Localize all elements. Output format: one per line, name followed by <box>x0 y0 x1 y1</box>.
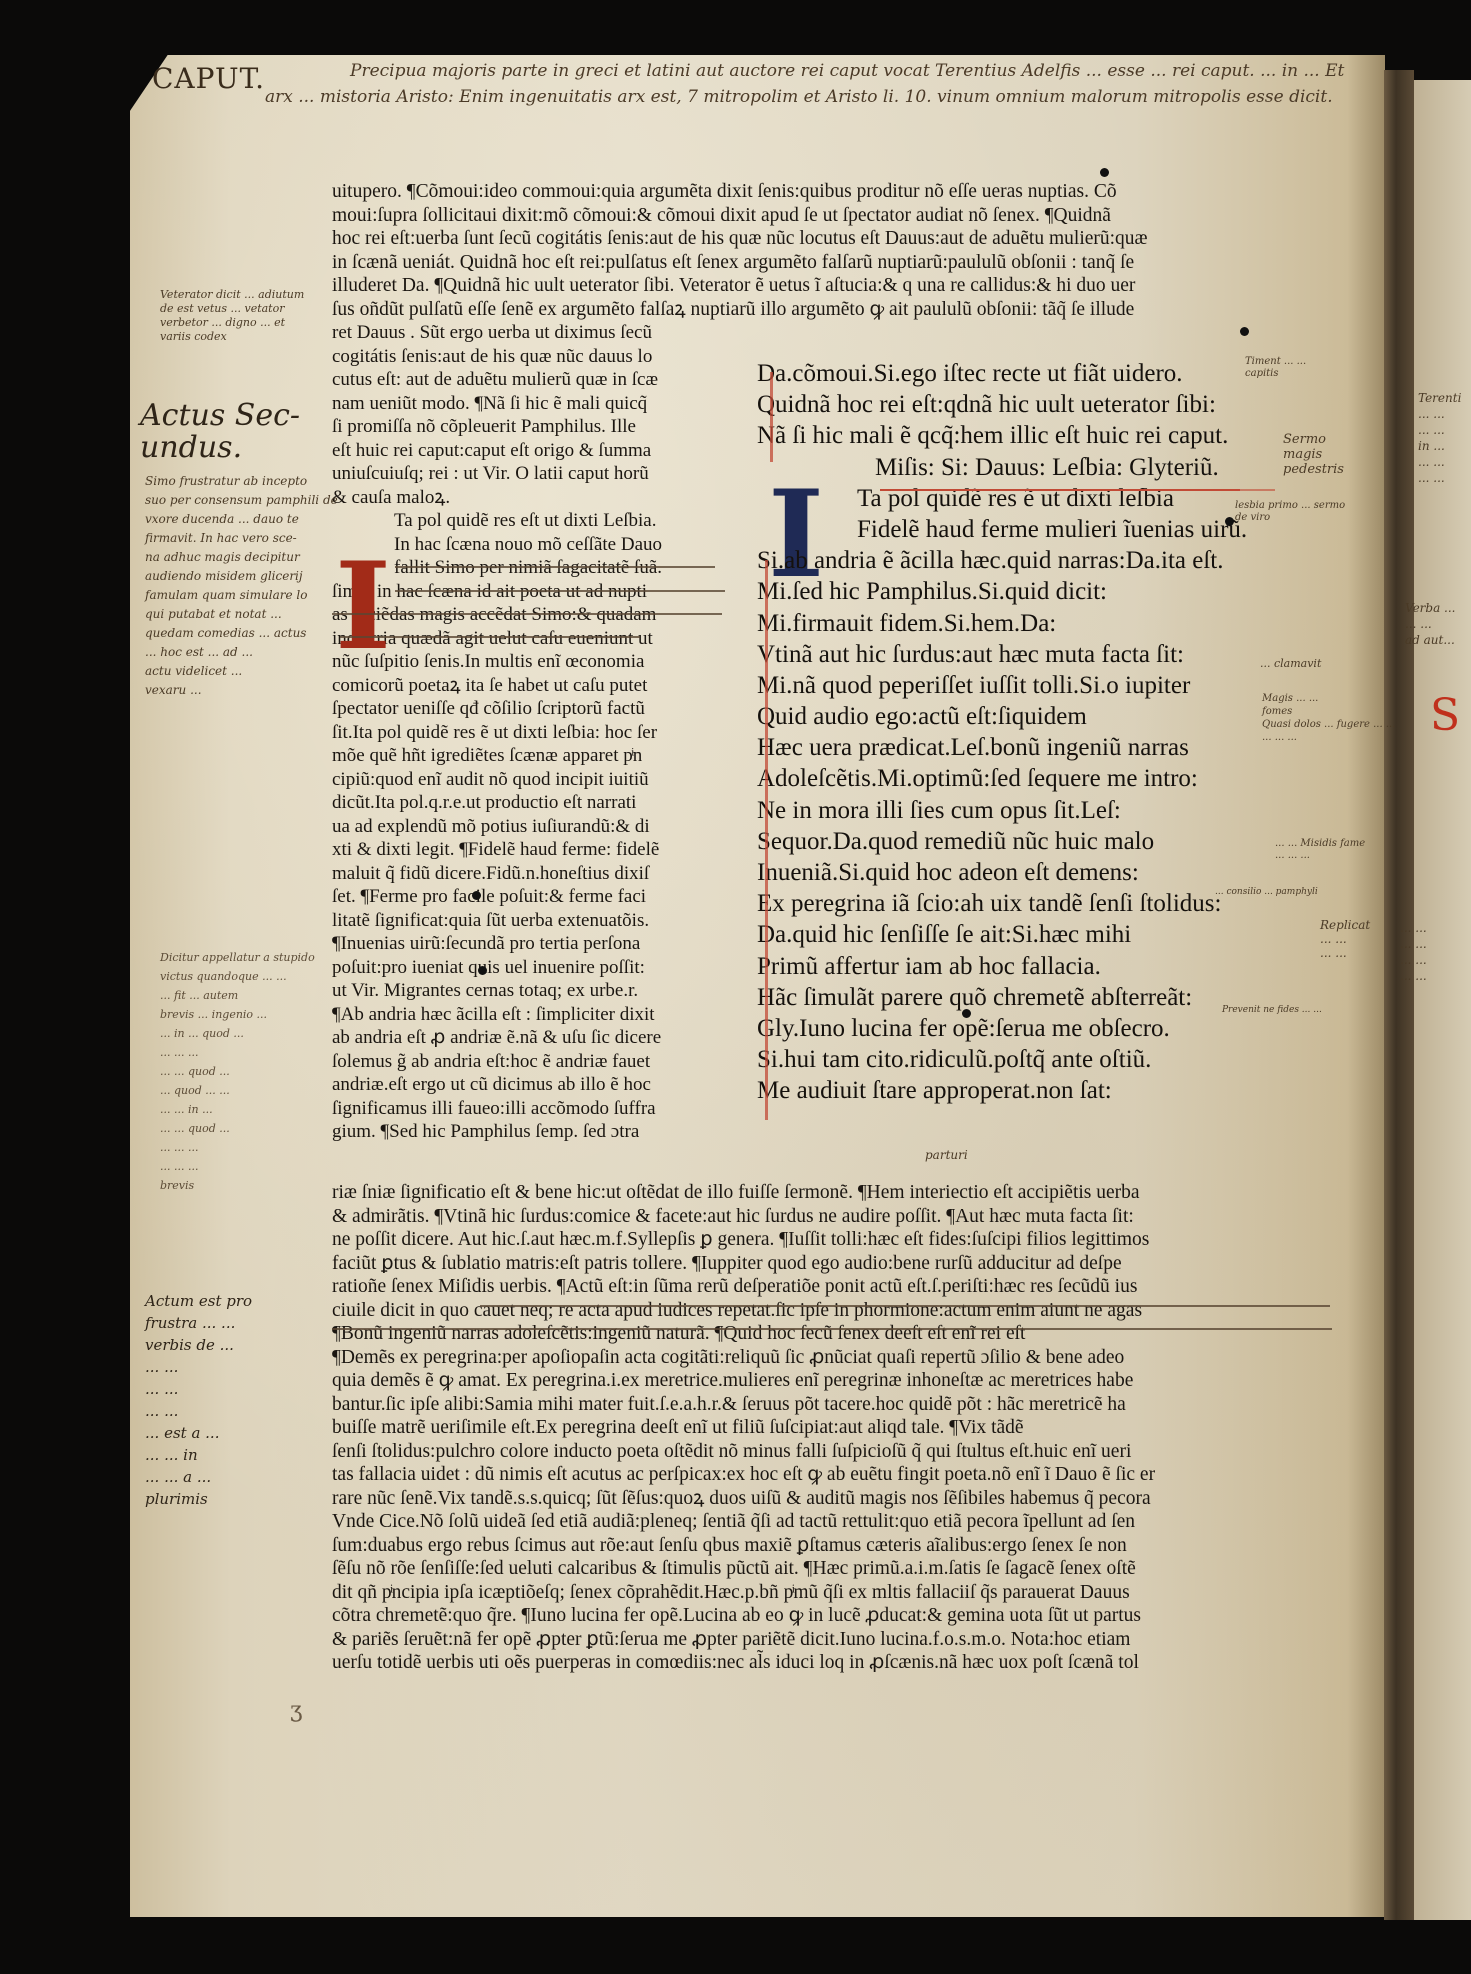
commentary-line: quia demẽs ẽ ꝙ amat. Ex peregrina.i.ex m… <box>332 1369 1155 1393</box>
strikethrough-line <box>340 636 640 638</box>
commentary-line: ſit.Ita pol quidẽ res ẽ ut dixti leſbia:… <box>332 721 662 745</box>
commentary-line: ret Dauus . Sũt ergo uerba ut diximus ſe… <box>332 321 662 345</box>
commentary-line: nam ueniũt modo. ¶Nã ſi hic ẽ mali quicq… <box>332 392 662 416</box>
commentary-line: ratioñe ſenex Miſidis uerbis. ¶Actũ eſt:… <box>332 1275 1155 1299</box>
verse-line: Primũ affertur iam ab hoc fallacia. <box>757 951 1247 982</box>
commentary-line: moui:ſupra ſollicitaui dixit:mõ cõmoui:&… <box>332 204 1148 228</box>
margin-note-left: Simo frustratur ab incepto suo per conse… <box>145 472 338 700</box>
ink-dot <box>1240 327 1249 336</box>
adjacent-leaf-note: Terenti ... ... ... ... in ... ... ... .… <box>1418 390 1471 486</box>
verse-line: Si.ab andria ẽ ãcilla hæc.quid narras:Da… <box>757 545 1247 576</box>
verse-line: Quidnã hoc rei eſt:qdnã hic uult ueterat… <box>757 389 1247 420</box>
commentary-line: hoc rei eſt:uerba ſunt ſecũ cogitátis ſe… <box>332 227 1148 251</box>
commentary-line: ſet. ¶Ferme pro facile poſuit:& ferme fa… <box>332 885 662 909</box>
speakers-heading: Miſis: Si: Dauus: Leſbia: Glyteriũ. <box>757 452 1247 483</box>
commentary-line: ¶Demẽs ex peregrina:per apoſiopaſin acta… <box>332 1346 1155 1370</box>
verse-line: Me audiuit ſtare approperat.non ſat: <box>757 1075 1247 1106</box>
commentary-line: tas fallacia uidet : dũ nimis eſt acutus… <box>332 1463 1155 1487</box>
commentary-line: ſolemus g̃ ab andria eſt:hoc ẽ andriæ fa… <box>332 1050 662 1074</box>
commentary-line: gium. ¶Sed hic Pamphilus ſemp. ſed ɔtra <box>332 1120 662 1144</box>
commentary-line: & pariẽs ſeruẽt:nã fer opẽ ꝓpter ꝑtũ:ſer… <box>332 1628 1155 1652</box>
commentary-line: uerſu totidẽ uerbis uti oẽs puerperas in… <box>332 1651 1155 1675</box>
commentary-line: comicorũ poetaꝝ ita ſe habet ut caſu put… <box>332 674 662 698</box>
commentary-line: dit qñ pͥncipia ipſa icæptiõeſq; ſenex c… <box>332 1581 1155 1605</box>
margin-note-right: Sermo magis pedestris <box>1283 432 1344 477</box>
verse-line: Mi.firmauit fidem.Si.hem.Da: <box>757 608 1247 639</box>
verse-line: Nã ſi hic mali ẽ qcq̃:hem illic eſt huic… <box>757 420 1247 451</box>
commentary-line: Ta pol quidẽ res eſt ut dixti Leſbia. <box>332 509 662 533</box>
commentary-line: andriæ.eſt ergo ut cũ dicimus ab illo ẽ … <box>332 1073 662 1097</box>
verse-line: Adoleſcẽtis.Mi.optimũ:ſed ſequere me int… <box>757 763 1247 794</box>
red-initial-S-adjacent: S <box>1430 690 1460 741</box>
commentary-line: ua ad explendũ mõ potius iuſiurandũ:& di <box>332 815 662 839</box>
commentary-top: uitupero. ¶Cõmoui:ideo commoui:quia argu… <box>332 180 1148 321</box>
verse-line: Sequor.Da.quod remediũ nũc huic malo <box>757 826 1247 857</box>
commentary-left-column: ret Dauus . Sũt ergo uerba ut diximus ſe… <box>332 321 662 1144</box>
commentary-line: rare nũc ſenẽ.Vix tandẽ.s.s.quicq; ſũt ſ… <box>332 1487 1155 1511</box>
adjacent-leaf-note: ... ... ... ... ... ... ... ... <box>1400 920 1471 984</box>
commentary-line: riæ ſniæ ſignificatio eſt & bene hic:ut … <box>332 1181 1155 1205</box>
verse-line: Quid audio ego:actũ eſt:ſiquidem <box>757 701 1247 732</box>
signature-mark: ʒ <box>290 1698 302 1723</box>
adjacent-leaf <box>1414 80 1471 1920</box>
top-margin-note: Precipua majoris parte in greci et latin… <box>265 58 1345 110</box>
commentary-line: ſpectator ueniſſe qđ cõſilio ſcriptorũ f… <box>332 697 662 721</box>
verse-line: Mi.nã quod peperiſſet iuſſit tolli.Si.o … <box>757 670 1247 701</box>
commentary-line: cogitátis ſenis:aut de his quæ nũc dauus… <box>332 345 662 369</box>
commentary-bottom: riæ ſniæ ſignificatio eſt & bene hic:ut … <box>332 1181 1155 1675</box>
verse-line: Gly.Iuno lucina fer opẽ:ſerua me obſecro… <box>757 1013 1247 1044</box>
strikethrough-line <box>395 590 725 592</box>
verse-line: Ta pol quidẽ res ẽ ut dixti leſbia <box>757 483 1247 514</box>
commentary-line: litatẽ ſignificat:quia ſũt uerba extenua… <box>332 909 662 933</box>
commentary-line: cipiũ:quod enĩ audit nõ quod incipit iui… <box>332 768 662 792</box>
rubric-underline <box>1235 489 1275 491</box>
strikethrough-line <box>395 566 715 568</box>
commentary-line: mõe quẽ hñt igrediẽtes ſcænæ apparet pͥn <box>332 744 662 768</box>
rubric-underline <box>880 489 1240 491</box>
commentary-line: bantur.ſic ipſe alibi:Samia mihi mater f… <box>332 1393 1155 1417</box>
commentary-line: ¶Inuenias uirũ:ſecundã pro tertia perſon… <box>332 932 662 956</box>
commentary-line: ab andria eſt ꝓ andriæ ẽ.nã & uſu ſic di… <box>332 1026 662 1050</box>
commentary-line: ſẽſu nõ rõe ſenſiſſe:ſed ueluti calcarib… <box>332 1557 1155 1581</box>
margin-note-left: Actum est pro frustra ... ... verbis de … <box>145 1290 252 1510</box>
commentary-line: buiſſe matrẽ ueriſimile eſt.Ex peregrina… <box>332 1416 1155 1440</box>
ink-dot <box>1225 517 1234 526</box>
strikethrough-line <box>480 1305 1330 1307</box>
red-initial-I: I <box>335 552 391 662</box>
ink-dot <box>472 891 481 900</box>
commentary-line: ſum:duabus ergo rebus ſcimus aut rõe:aut… <box>332 1534 1155 1558</box>
ink-dot <box>1100 168 1109 177</box>
margin-heading-caput: CAPUT. <box>152 62 265 95</box>
commentary-line: cõtra chremetẽ:quo q̃re. ¶Iuno lucina fe… <box>332 1604 1155 1628</box>
margin-note-right: ... clamavit <box>1260 656 1321 671</box>
commentary-line: eſt huic rei caput:caput eſt origo & ſum… <box>332 439 662 463</box>
commentary-line: xti & dixti legit. ¶Fidelẽ haud ferme: f… <box>332 838 662 862</box>
commentary-line: & cauſa maloꝝ. <box>332 486 662 510</box>
margin-note-right: lesbia primo ... sermo de viro <box>1235 500 1345 524</box>
commentary-line: faciũt ꝑtus & ſublatio matris:eſt patris… <box>332 1252 1155 1276</box>
margin-note-right: ... consilio ... pamphyli <box>1215 885 1318 900</box>
strikethrough-line <box>332 613 722 615</box>
commentary-line: ¶Ab andria hæc ãcilla eſt : ſimpliciter … <box>332 1003 662 1027</box>
verse-line: Da.cõmoui.Si.ego iſtec recte ut fiãt uid… <box>757 358 1247 389</box>
rubric-stroke <box>770 372 773 462</box>
commentary-line: illuderet Da. ¶Quidnã hic uult ueterator… <box>332 274 1148 298</box>
margin-note-right: Prevenit ne fides ... ... <box>1222 1003 1322 1018</box>
commentary-line: cutus eſt: aut de aduẽtu mulierũ quæ in … <box>332 368 662 392</box>
verse-line: Da.quid hic ſenſiſſe ſe ait:Si.hæc mihi <box>757 919 1247 950</box>
margin-note-left: Dicitur appellatur a stupido victus quan… <box>160 948 315 1195</box>
rubric-stroke <box>765 560 768 1120</box>
verse-line: Ex peregrina iã ſcio:ah uix tandẽ ſenſi … <box>757 888 1247 919</box>
commentary-line: ne poſſit dicere. Aut hic.ſ.aut hæc.m.f.… <box>332 1228 1155 1252</box>
verse-line: Fidelẽ haud ferme mulieri ĩuenias uirũ. <box>757 514 1247 545</box>
verse-line: Ne in mora illi ſies cum opus ſit.Leſ: <box>757 795 1247 826</box>
ink-dot <box>478 966 487 975</box>
commentary-line: poſuit:pro iueniat quis uel inuenire poſ… <box>332 956 662 980</box>
commentary-line: ut Vir. Migrantes cernas totaq; ex urbe.… <box>332 979 662 1003</box>
top-margin-note-text: Precipua majoris parte in greci et latin… <box>265 61 1344 107</box>
commentary-line: Vnde Cice.Nõ ſolũ uideã ſed etiã audiã:p… <box>332 1510 1155 1534</box>
strikethrough-line <box>332 1328 1332 1330</box>
verse-line: Hæc uera prædicat.Leſ.bonũ ingeniũ narra… <box>757 732 1247 763</box>
commentary-line: uitupero. ¶Cõmoui:ideo commoui:quia argu… <box>332 180 1148 204</box>
commentary-line: & admirãtis. ¶Vtinã hic ſurdus:comice & … <box>332 1205 1155 1229</box>
commentary-line: ſi promiſſa nõ cõpleuerit Pamphilus. Ill… <box>332 415 662 439</box>
margin-note-right: Timent ... ... capitis <box>1245 356 1306 380</box>
commentary-line: ſus oñdũt pulſatũ eſſe ſenẽ ex argumẽto … <box>332 298 1148 322</box>
margin-note-right: parturi <box>925 1148 968 1163</box>
margin-note-right: ... ... Misidis fame ... ... ... <box>1275 838 1365 862</box>
commentary-line: ¶Bonũ ingeniũ narras adoleſcẽtis:ingeniũ… <box>332 1322 1155 1346</box>
commentary-line: uniuſcuiuſq; rei : ut Vir. O latii caput… <box>332 462 662 486</box>
commentary-line: ciuile dicit in quo cauet neq; re acta a… <box>332 1299 1155 1323</box>
binding-gutter <box>1384 70 1414 1920</box>
verse-text: Da.cõmoui.Si.ego iſtec recte ut fiãt uid… <box>757 358 1247 1107</box>
verse-line: Mi.ſed hic Pamphilus.Si.quid dicit: <box>757 576 1247 607</box>
margin-note-right: Replicat ... ... ... ... <box>1320 918 1370 960</box>
verse-line: Inueniã.Si.quid hoc adeon eſt demens: <box>757 857 1247 888</box>
commentary-line: maluit q̃ fidũ dicere.Fidũ.n.honeſtius d… <box>332 862 662 886</box>
verse-line: Si.hui tam cito.ridiculũ.poſtq̃ ante oſt… <box>757 1044 1247 1075</box>
commentary-line: ſignificamus illi faueo:illi accõmodo ſu… <box>332 1097 662 1121</box>
commentary-line: in ſcænã ueniát. Quidnã hoc eſt rei:pulſ… <box>332 251 1148 275</box>
verse-line: Vtinã aut hic ſurdus:aut hæc muta facta … <box>757 639 1247 670</box>
ink-dot <box>962 1009 971 1018</box>
verse-line: Hãc ſimulãt parere quõ chremetẽ abſterre… <box>757 982 1247 1013</box>
commentary-line: dicũt.Ita pol.q.r.e.ut productio eſt nar… <box>332 791 662 815</box>
commentary-line: ſenſi ſtolidus:pulchro colore inducto po… <box>332 1440 1155 1464</box>
margin-note-act-heading: Actus Sec- undus. <box>140 400 300 464</box>
margin-note-right: Magis ... ... fomes Quasi dolos ... fuge… <box>1262 692 1395 744</box>
adjacent-leaf-note: Verba ... ... ... ad aut... <box>1405 600 1471 648</box>
margin-note-left: Veterator dicit ... adiutum de est vetus… <box>160 288 304 344</box>
